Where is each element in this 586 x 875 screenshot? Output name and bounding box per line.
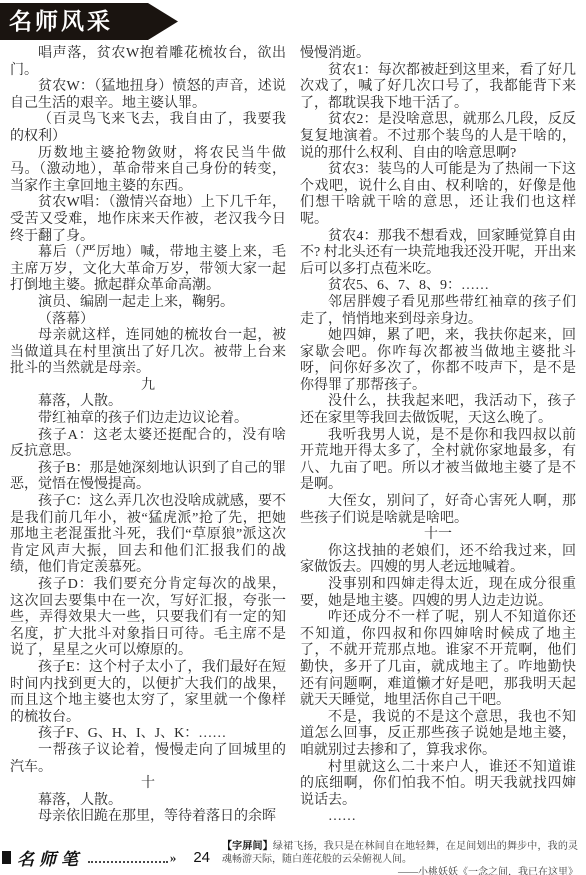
section-heading: 九 — [10, 378, 286, 395]
quote-line: 【字屏间】绿裙飞扬，我只是在林间自在地轻舞，在足间划出的舞步中，我的灵魂畅游天际… — [222, 841, 578, 866]
article-body: 唱声落，贫农W抱着雕花梳妆台，欲出门。贫农W：（猛地扭身）愤怒的声音，述说自己生… — [10, 46, 576, 826]
paragraph: 村里就这么二十来户人，谁还不知道谁的底细啊，你们怕我不怕。明天我就找四婶说话去。 — [300, 760, 576, 810]
paragraph: 咋还成分不一样了呢，别人不知道你还不知道，你四叔和你四婶啥时候成了地主了，不就开… — [300, 610, 576, 710]
paragraph: 母亲就这样，连同她的梳妆台一起，被当做道具在村里演出了好几次。被带上台来批斗的当… — [10, 328, 286, 378]
section-banner: 名师风采 — [0, 3, 178, 40]
paragraph: 贫农5、6、7、8、9：…… — [300, 278, 576, 295]
paragraph: 不是，我说的不是这个意思，我也不知道怎么回事，反正那些孩子说她是地主婆，咱就别过… — [300, 710, 576, 760]
quote-attribution: ——小桃妖妖《一念之间，我已在这里》 — [222, 867, 578, 875]
page-footer: 名师笔 » 24 【字屏间】绿裙飞扬，我只是在林间自在地轻舞，在足间划出的舞步中… — [0, 839, 586, 875]
paragraph: 贫农4：那我不想看戏，回家睡觉算自由不? 村北头还有一块荒地我还没开呢，开出来后… — [300, 229, 576, 279]
dotted-leader-line — [88, 853, 168, 863]
quote-text: 绿裙飞扬，我只是在林间自在地轻舞，在足间划出的舞步中，我的灵魂畅游天际，随白莲花… — [222, 841, 578, 865]
paragraph: 幕落，人散。 — [10, 793, 286, 810]
page-number: 24 — [193, 849, 210, 866]
paragraph: （落幕） — [10, 312, 286, 329]
magazine-page: 名师风采 唱声落，贫农W抱着雕花梳妆台，欲出门。贫农W：（猛地扭身）愤怒的声音，… — [0, 0, 586, 875]
paragraph: 邻居胖嫂子看见那些带红袖章的孩子们走了，悄悄地来到母亲身边。 — [300, 295, 576, 328]
square-bullet-icon — [2, 851, 11, 864]
quote-column-label: 【字屏间】 — [222, 841, 273, 852]
paragraph: 幕后（严厉地）喊，带地主婆上来，毛主席万岁，文化大革命万岁，带领大家一起打倒地主… — [10, 245, 286, 295]
banner-title: 名师风采 — [9, 8, 113, 34]
paragraph: …… — [300, 809, 576, 826]
paragraph: 孩子A：这老太婆还挺配合的，没有啥反抗意思。 — [10, 428, 286, 461]
paragraph: 她四婶，累了吧，来，我扶你起来，回家歇会吧。你咋每次都被当做地主婆批斗呀，问你好… — [300, 328, 576, 394]
paragraph: 唱声落，贫农W抱着雕花梳妆台，欲出门。 — [10, 46, 286, 79]
paragraph: 一帮孩子议论着，慢慢走向了回城里的汽车。 — [10, 743, 286, 776]
paragraph: 贫农W：（猛地扭身）愤怒的声音，述说自己生活的艰辛。地主婆认罪。 — [10, 79, 286, 112]
paragraph: 幕落，人散。 — [10, 394, 286, 411]
paragraph: 慢慢消逝。 — [300, 46, 576, 63]
paragraph: 贫农2：是没啥意思，就那么几段，反反复复地演着。不过那个装鸟的人是干啥的，说的那… — [300, 112, 576, 162]
section-heading: 十一 — [300, 527, 576, 544]
paragraph: 历数地主婆抢物敛财，将农民当牛做马。（激动地），革命带来自己身份的转变，当家作主… — [10, 146, 286, 196]
double-chevron-icon: » — [170, 851, 177, 864]
paragraph: 贫农3：装鸟的人可能是为了热闹一下这个戏吧，说什么自由、权利啥的，好像是他们想干… — [300, 162, 576, 228]
section-heading: 十 — [10, 776, 286, 793]
paragraph: 大侄女，别问了，好奇心害死人啊，那些孩子们说是啥就是啥吧。 — [300, 494, 576, 527]
paragraph: 贫农1：每次都被赶到这里来，看了好几次戏了，喊了好几次口号了，我都能背下来了，都… — [300, 63, 576, 113]
paragraph: 孩子D：我们要充分肯定每次的战果，这次回去要集中在一次，写好汇报，夸张一些，弄得… — [10, 577, 286, 660]
paragraph: （百灵鸟飞来飞去，我自由了，我要我的权利） — [10, 112, 286, 145]
footer-logo-group: 名师笔 » 24 — [0, 839, 210, 870]
paragraph: 孩子E：这个村子太小了，我们最好在短时间内找到更大的，以便扩大我们的战果，而且这… — [10, 660, 286, 726]
paragraph: 演员、编剧一起走上来，鞠躬。 — [10, 295, 286, 312]
footer-quote-block: 【字屏间】绿裙飞扬，我只是在林间自在地轻舞，在足间划出的舞步中，我的灵魂畅游天际… — [210, 839, 586, 875]
paragraph: 你这找抽的老娘们，还不给我过来，回家做饭去。四嫂的男人老远地喊着。 — [300, 544, 576, 577]
paragraph: 我听我男人说，是不是你和我四叔以前开荒地开得太多了，全村就你家地最多，有八、九亩… — [300, 428, 576, 494]
paragraph: 母亲依旧跪在那里，等待着落日的余晖 — [10, 809, 286, 826]
paragraph: 没什么，扶我起来吧，我活动下，孩子还在家里等我回去做饭呢，天这么晚了。 — [300, 394, 576, 427]
text-column-right: 慢慢消逝。贫农1：每次都被赶到这里来，看了好几次戏了，喊了好几次口号了，我都能背… — [300, 46, 576, 826]
paragraph: 没事别和四婶走得太近，现在成分很重要，她是地主婆。四嫂的男人边走边说。 — [300, 577, 576, 610]
paragraph: 贫农W唱：（激情兴奋地）上下几千年，受苦又受难，地作床来天作被，老汉我今日终于翻… — [10, 195, 286, 245]
paragraph: 带红袖章的孩子们边走边议论着。 — [10, 411, 286, 428]
paragraph: 孩子C：这么弄几次也没啥成就感，要不是我们前几年小，被“猛虎派”抢了先，把她那地… — [10, 494, 286, 577]
paragraph: 孩子B：那是她深刻地认识到了自己的罪恶，觉悟在慢慢提高。 — [10, 461, 286, 494]
magazine-logo: 名师笔 — [17, 845, 83, 870]
text-column-left: 唱声落，贫农W抱着雕花梳妆台，欲出门。贫农W：（猛地扭身）愤怒的声音，述说自己生… — [10, 46, 286, 826]
paragraph: 孩子F、G、H、I、J、K：…… — [10, 726, 286, 743]
